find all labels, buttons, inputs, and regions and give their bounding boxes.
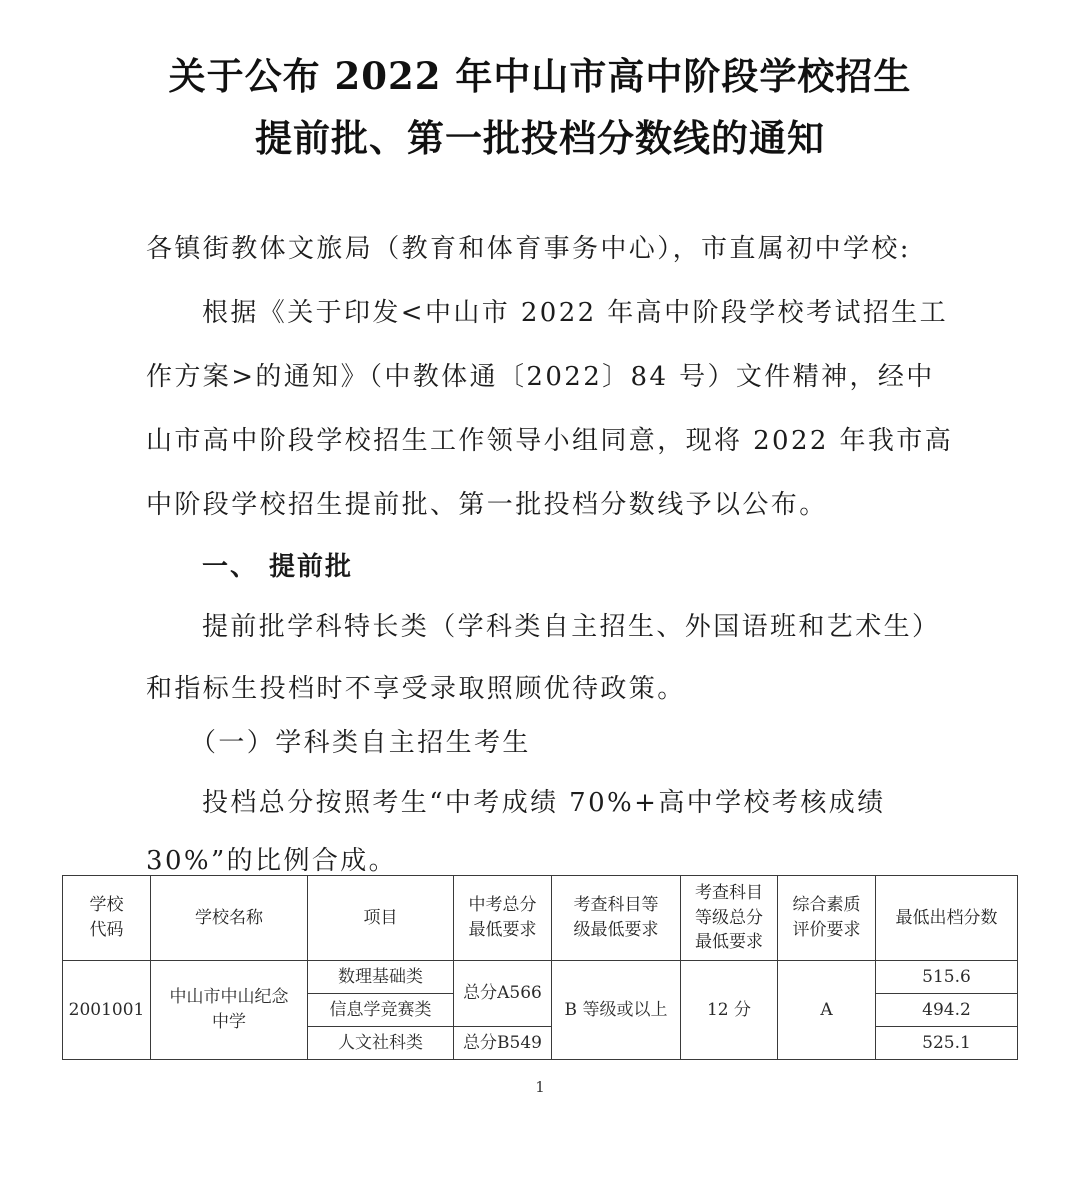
cell-min-score: 525.1	[876, 1027, 1018, 1060]
cell-total-req: 总分A566	[454, 961, 552, 1027]
document-title-line-1: 关于公布 2022 年中山市高中阶段学校招生	[0, 46, 1080, 100]
cell-project: 人文社科类	[308, 1027, 454, 1060]
header-subject-total-req: 考查科目 等级总分 最低要求	[681, 876, 778, 961]
table-header-row: 学校 代码 学校名称 项目 中考总分 最低要求 考查科目等 级最低要求 考查科目…	[63, 876, 1018, 961]
cell-subject-total-req: 12 分	[681, 961, 778, 1060]
paragraph-1-line-1: 根据《关于印发<中山市 2022 年高中阶段学校考试招生工	[202, 292, 1002, 329]
paragraph-1-line-4: 中阶段学校招生提前批、第一批投档分数线予以公布。	[146, 484, 946, 521]
cell-school-code: 2001001	[63, 961, 151, 1060]
cell-school-name: 中山市中山纪念 中学	[151, 961, 308, 1060]
cell-min-score: 515.6	[876, 961, 1018, 994]
cell-subject-grade-req: B 等级或以上	[552, 961, 681, 1060]
page-number: 1	[0, 1078, 1080, 1096]
cell-total-req: 总分B549	[454, 1027, 552, 1060]
paragraph-2-line-1: 提前批学科特长类（学科类自主招生、外国语班和艺术生）	[202, 606, 1002, 643]
cell-project: 数理基础类	[308, 961, 454, 994]
paragraph-3-line-2: 30%”的比例合成。	[146, 840, 946, 877]
cell-quality-eval-req: A	[778, 961, 876, 1060]
header-school-code: 学校 代码	[63, 876, 151, 961]
admission-score-table: 学校 代码 学校名称 项目 中考总分 最低要求 考查科目等 级最低要求 考查科目…	[62, 875, 1018, 1060]
header-subject-grade-req: 考查科目等 级最低要求	[552, 876, 681, 961]
document-title-line-2: 提前批、第一批投档分数线的通知	[0, 108, 1080, 162]
paragraph-1-line-2: 作方案>的通知》（中教体通〔2022〕84 号）文件精神，经中	[146, 356, 946, 393]
header-school-name: 学校名称	[151, 876, 308, 961]
table-row: 2001001 中山市中山纪念 中学 数理基础类 总分A566 B 等级或以上 …	[63, 961, 1018, 994]
paragraph-3-line-1: 投档总分按照考生“中考成绩 70%+高中学校考核成绩	[202, 782, 1002, 819]
header-min-score: 最低出档分数	[876, 876, 1018, 961]
paragraph-2-line-2: 和指标生投档时不享受录取照顾优待政策。	[146, 668, 946, 705]
subsection-heading: （一）学科类自主招生考生	[190, 722, 990, 759]
cell-project: 信息学竞赛类	[308, 994, 454, 1027]
header-total-score-req: 中考总分 最低要求	[454, 876, 552, 961]
paragraph-1-line-3: 山市高中阶段学校招生工作领导小组同意，现将 2022 年我市高	[146, 420, 946, 457]
cell-min-score: 494.2	[876, 994, 1018, 1027]
header-quality-eval-req: 综合素质 评价要求	[778, 876, 876, 961]
section-heading-early-batch: 一、 提前批	[202, 546, 353, 583]
addressee: 各镇街教体文旅局（教育和体育事务中心），市直属初中学校:	[146, 228, 946, 265]
header-project: 项目	[308, 876, 454, 961]
